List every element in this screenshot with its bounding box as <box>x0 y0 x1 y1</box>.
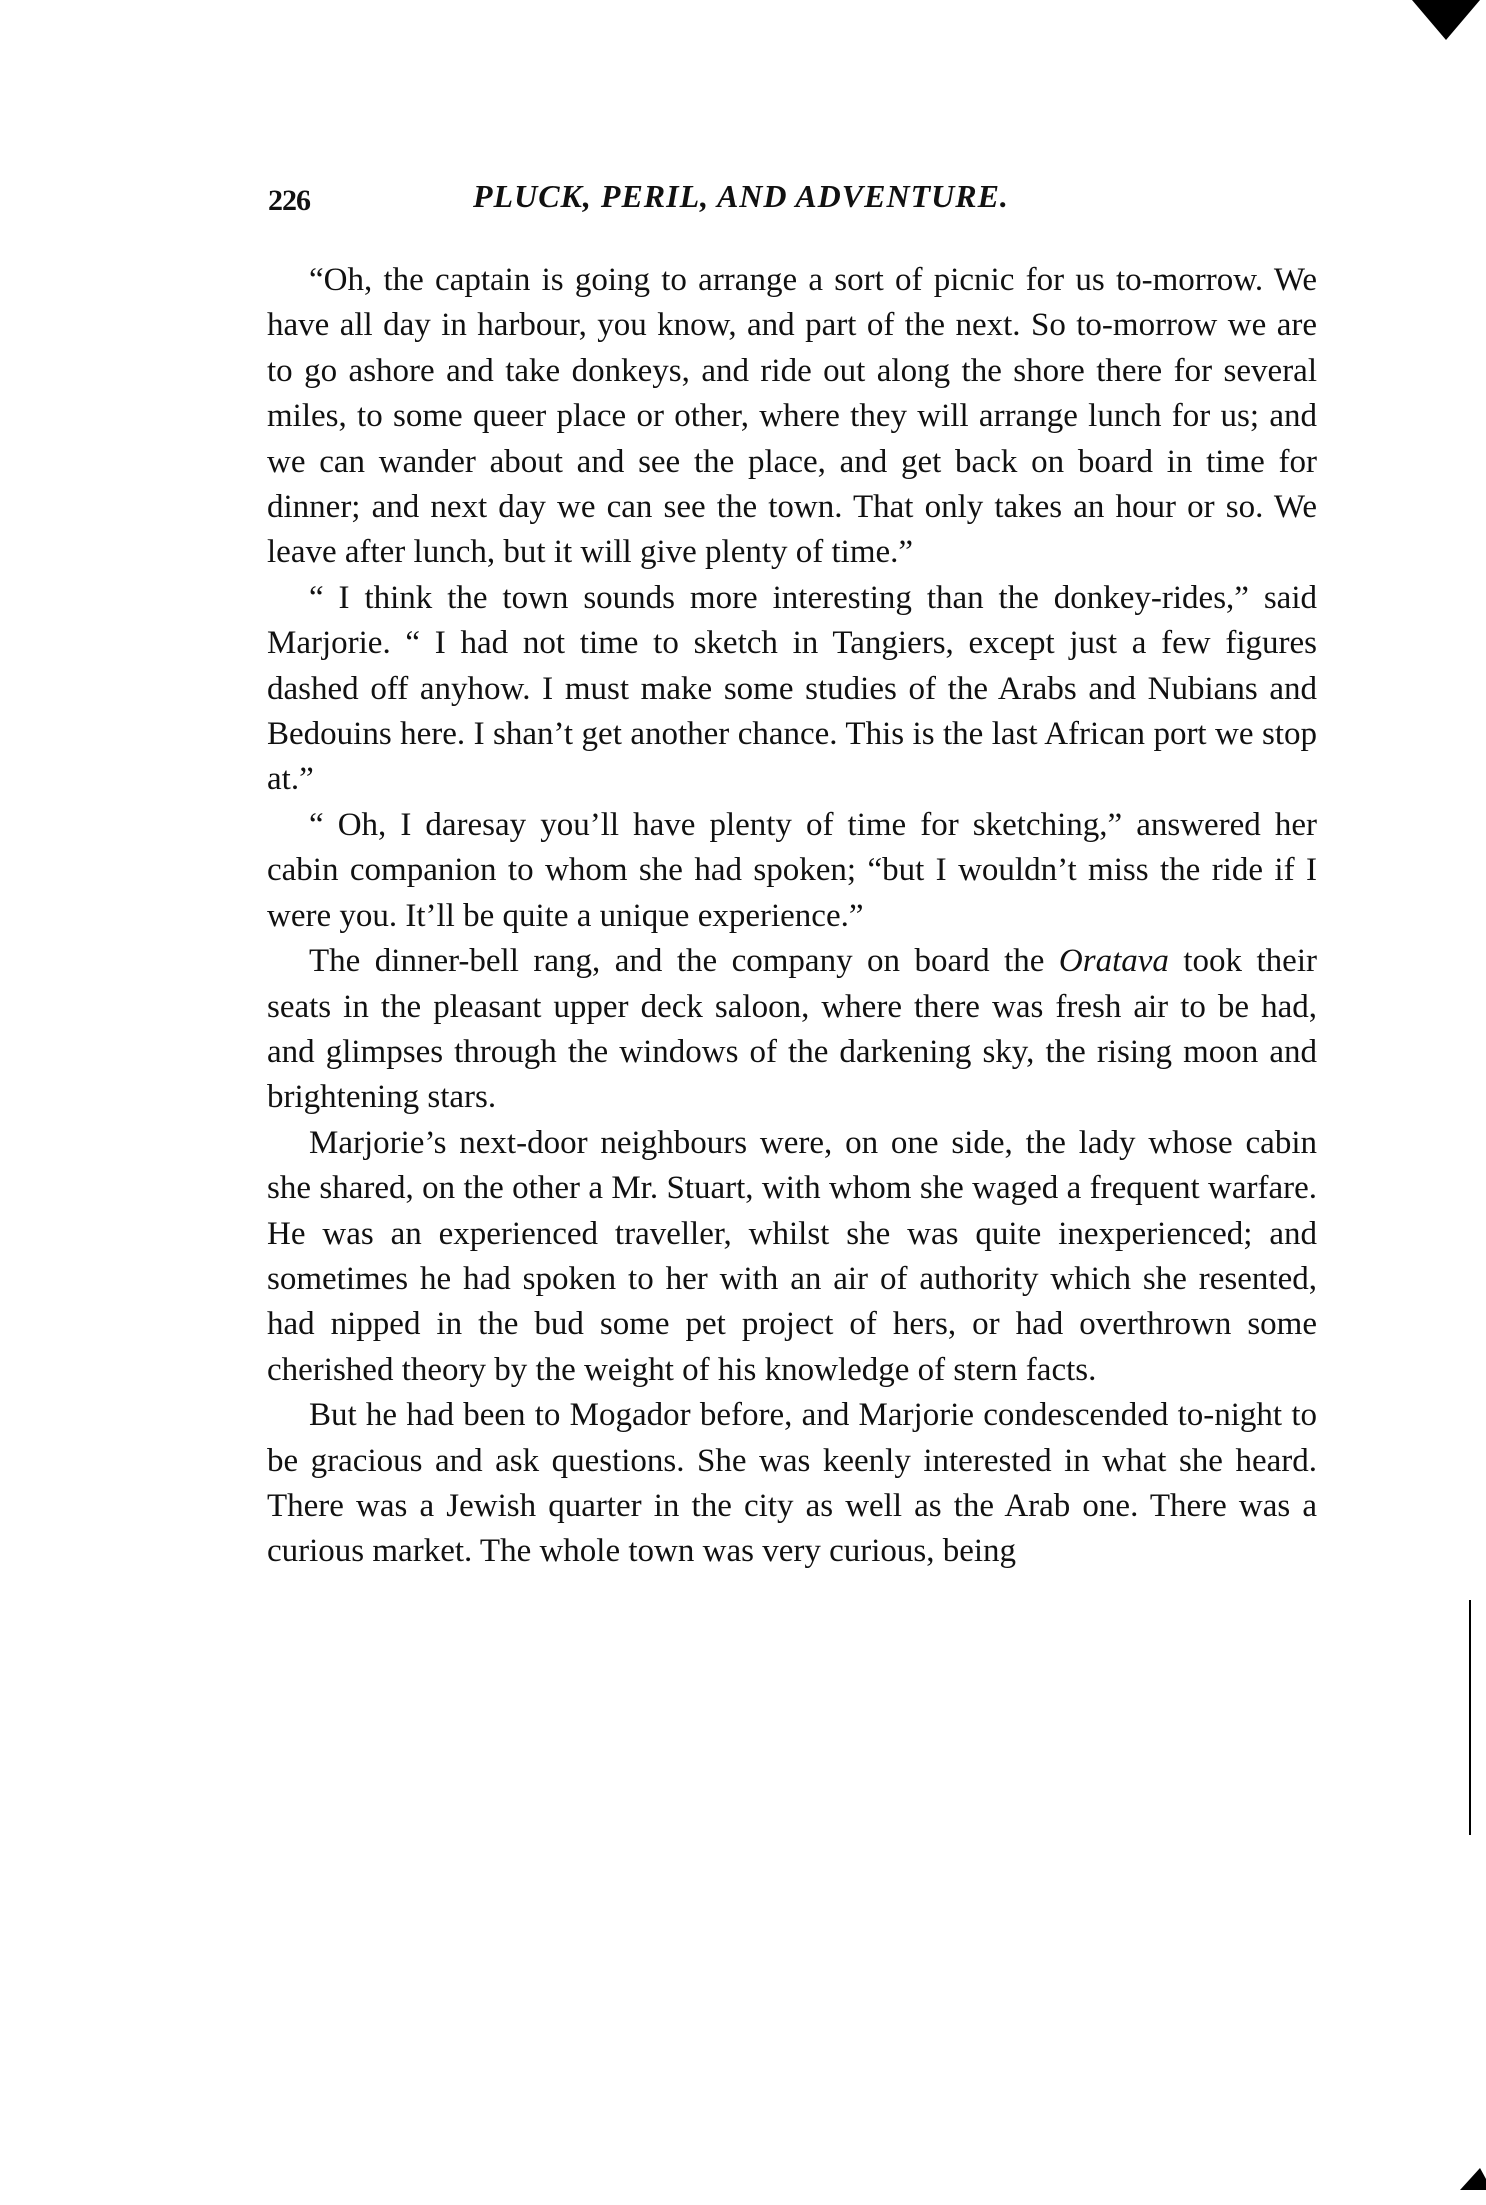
scan-corner-triangle-icon <box>1460 2168 1486 2190</box>
paragraph: The dinner-bell rang, and the company on… <box>267 939 1317 1121</box>
paragraph-text: “ I think the town sounds more interesti… <box>267 580 1317 798</box>
paragraph: “Oh, the captain is going to arrange a s… <box>267 258 1317 576</box>
paragraph: “ I think the town sounds more interesti… <box>267 576 1317 803</box>
ship-name: Oratava <box>1059 943 1169 979</box>
paragraph: “ Oh, I daresay you’ll have plenty of ti… <box>267 803 1317 939</box>
paragraph: Marjorie’s next-door neighbours were, on… <box>267 1121 1317 1393</box>
body-text: “Oh, the captain is going to arrange a s… <box>267 258 1317 1575</box>
page-number: 226 <box>268 184 310 218</box>
paragraph-text: Marjorie’s next-door neighbours were, on… <box>267 1125 1317 1388</box>
scan-edge-rule <box>1469 1600 1471 1835</box>
paragraph: But he had been to Mogador before, and M… <box>267 1393 1317 1575</box>
running-title: PLUCK, PERIL, AND ADVENTURE. <box>473 178 1009 215</box>
paragraph-text: “Oh, the captain is going to arrange a s… <box>267 262 1317 570</box>
running-head: 226 PLUCK, PERIL, AND ADVENTURE. <box>268 178 1318 222</box>
paragraph-text: “ Oh, I daresay you’ll have plenty of ti… <box>267 807 1317 934</box>
paragraph-text: But he had been to Mogador before, and M… <box>267 1397 1317 1569</box>
scan-corner-mark-icon <box>1412 0 1480 40</box>
paragraph-text: The dinner-bell rang, and the company on… <box>309 943 1059 979</box>
